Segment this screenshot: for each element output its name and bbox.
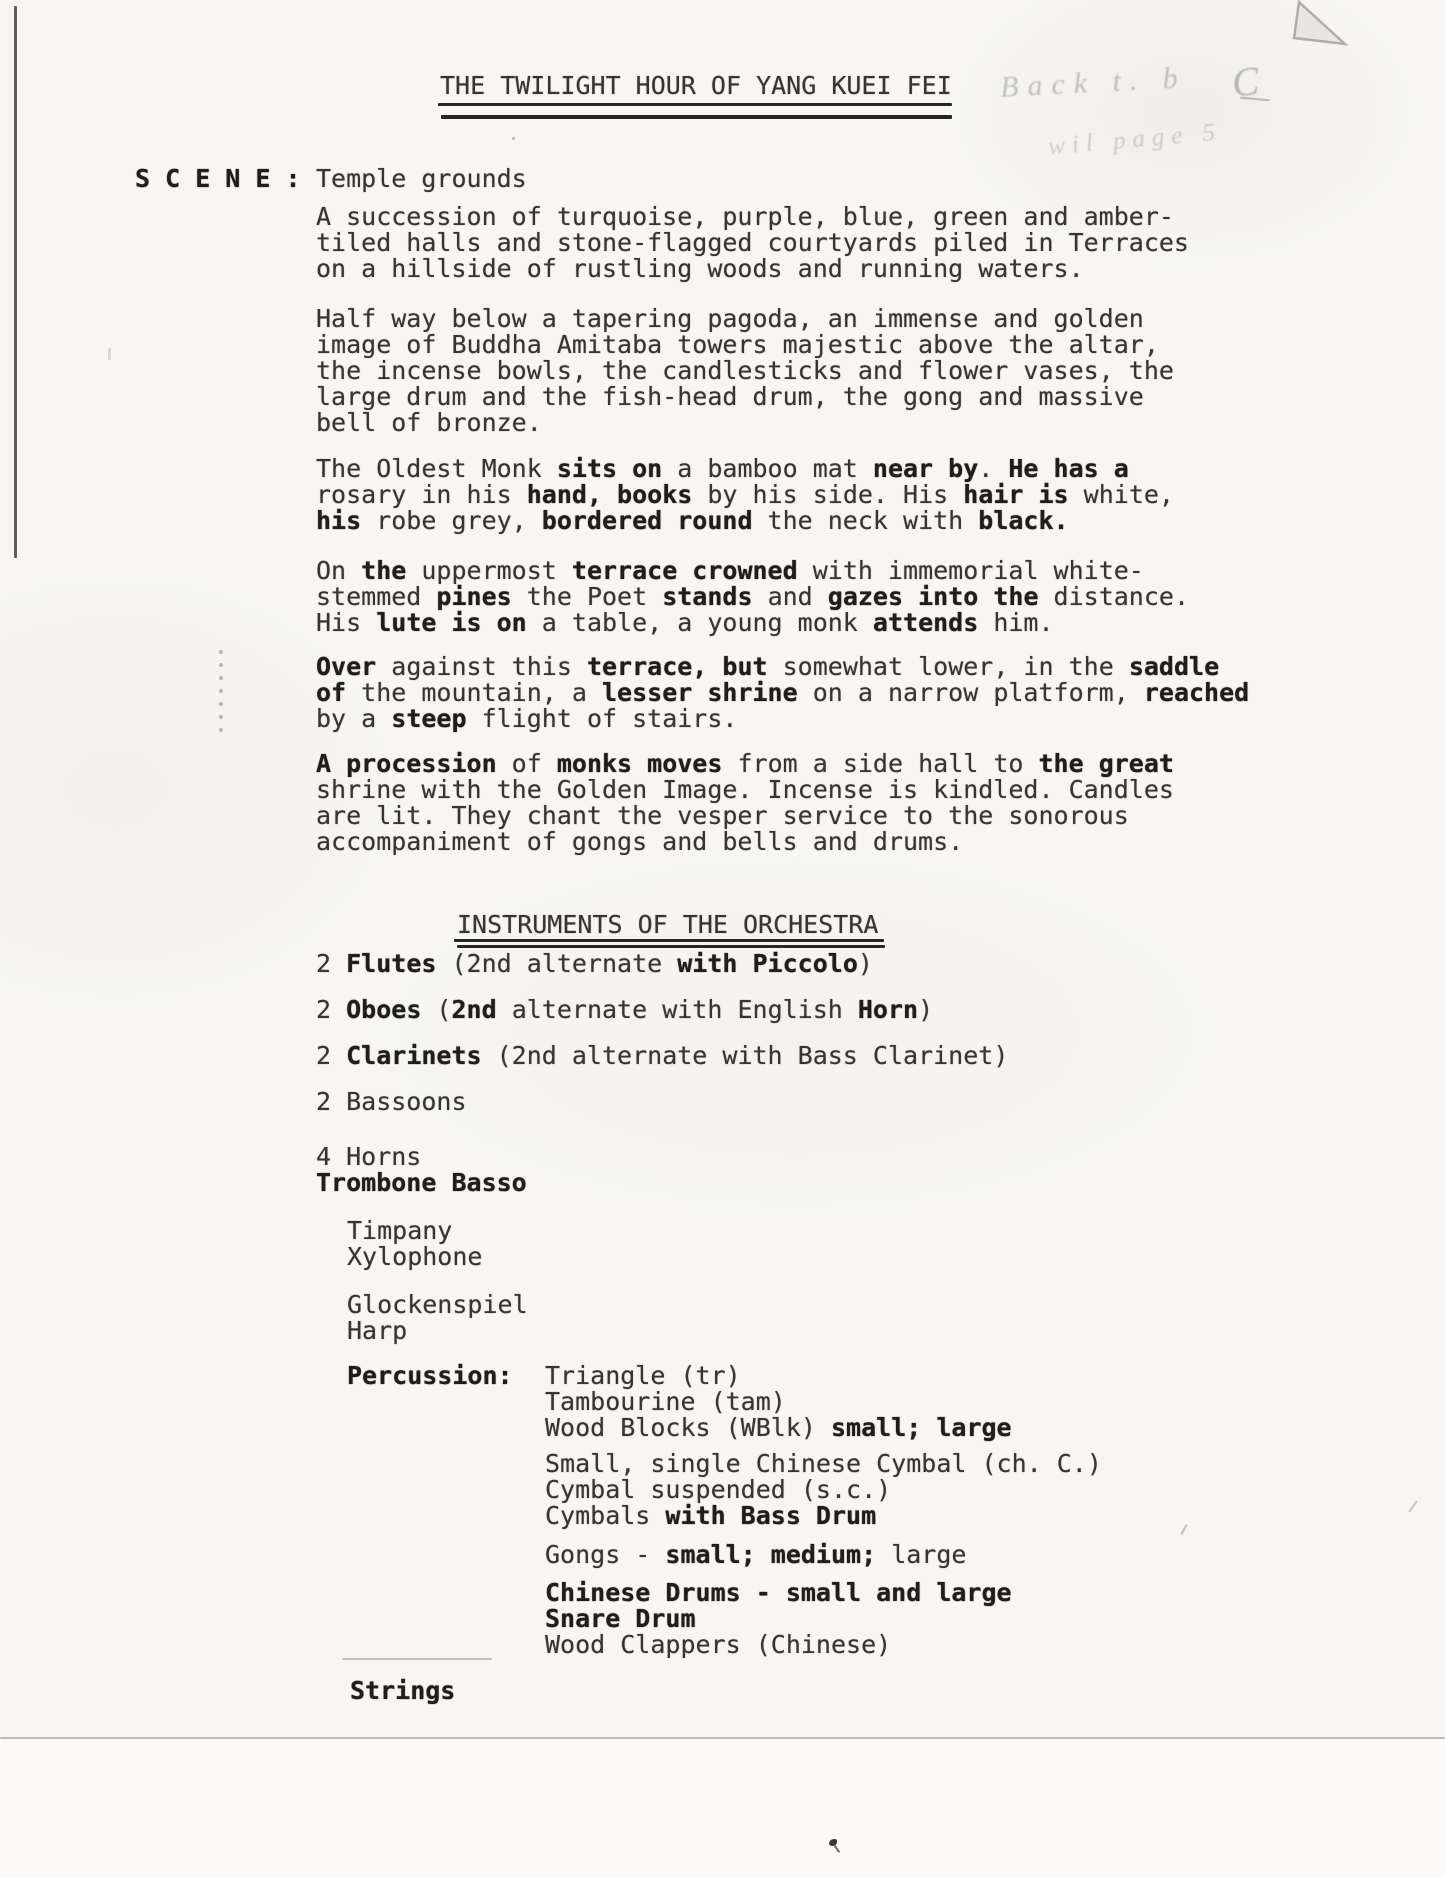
percussion-items-group-3: Gongs - small; medium; large <box>545 1542 966 1568</box>
instrument-group-brass: 4 HornsTrombone Basso <box>316 1144 527 1196</box>
scene-paragraph-4: On the uppermost terrace crowned with im… <box>316 558 1189 636</box>
scene-paragraph-2: Half way below a tapering pagoda, an imm… <box>316 306 1174 436</box>
pencil-tick-gongs <box>1181 1524 1188 1535</box>
strings-item: Strings <box>350 1678 455 1704</box>
lower-page-wash <box>0 1739 1445 1878</box>
percussion-items-group-4: Chinese Drums - small and largeSnare Dru… <box>545 1580 1012 1658</box>
instrument-group-clarinets: 2 Clarinets (2nd alternate with Bass Cla… <box>316 1043 1008 1069</box>
ink-speck-tail <box>834 1845 840 1853</box>
instrument-group-timpany-xylophone: TimpanyXylophone <box>347 1218 482 1270</box>
strings-erasure-mark <box>342 1658 492 1660</box>
orchestra-heading-underline-1 <box>454 939 884 942</box>
orchestra-heading: INSTRUMENTS OF THE ORCHESTRA <box>457 912 878 938</box>
margin-smudge <box>108 348 111 360</box>
instrument-group-glockenspiel-harp: GlockenspielHarp <box>347 1292 528 1344</box>
pencil-triangle-mark <box>1285 0 1351 54</box>
paper-crease-line <box>0 1737 1445 1739</box>
typescript-page: C Back t. b wil page 5 THE TWILIGHT HOUR… <box>0 0 1445 1878</box>
left-scan-edge <box>14 6 17 558</box>
percussion-label: Percussion: <box>347 1363 513 1389</box>
percussion-items-group-2: Small, single Chinese Cymbal (ch. C.)Cym… <box>545 1451 1102 1529</box>
scene-paragraph-3: The Oldest Monk sits on a bamboo mat nea… <box>316 456 1174 534</box>
scene-paragraph-6: A procession of monks moves from a side … <box>316 751 1174 855</box>
title-underline-1 <box>438 103 952 106</box>
pencil-tick-right <box>1408 1501 1417 1513</box>
scene-label: S C E N E : <box>135 166 301 192</box>
instrument-group-bassoons: 2 Bassoons <box>316 1089 467 1115</box>
scene-paragraph-1: A succession of turquoise, purple, blue,… <box>316 204 1189 282</box>
handwritten-note-line1: Back t. b <box>999 61 1187 105</box>
title-underline-2 <box>441 115 952 119</box>
handwritten-note-line2: wil page 5 <box>1047 118 1223 161</box>
stray-dot-under-title <box>512 137 515 140</box>
instrument-group-oboes: 2 Oboes (2nd alternate with English Horn… <box>316 997 933 1023</box>
typescript-title: THE TWILIGHT HOUR OF YANG KUEI FEI <box>440 73 952 99</box>
orchestra-heading-underline-2 <box>457 945 885 948</box>
margin-dots <box>219 650 223 732</box>
scene-paragraph-5: Over against this terrace, but somewhat … <box>316 654 1249 732</box>
percussion-items-group-1: Triangle (tr)Tambourine (tam)Wood Blocks… <box>545 1363 1012 1441</box>
instrument-group-flutes: 2 Flutes (2nd alternate with Piccolo) <box>316 951 873 977</box>
scene-heading: Temple grounds <box>316 166 527 192</box>
